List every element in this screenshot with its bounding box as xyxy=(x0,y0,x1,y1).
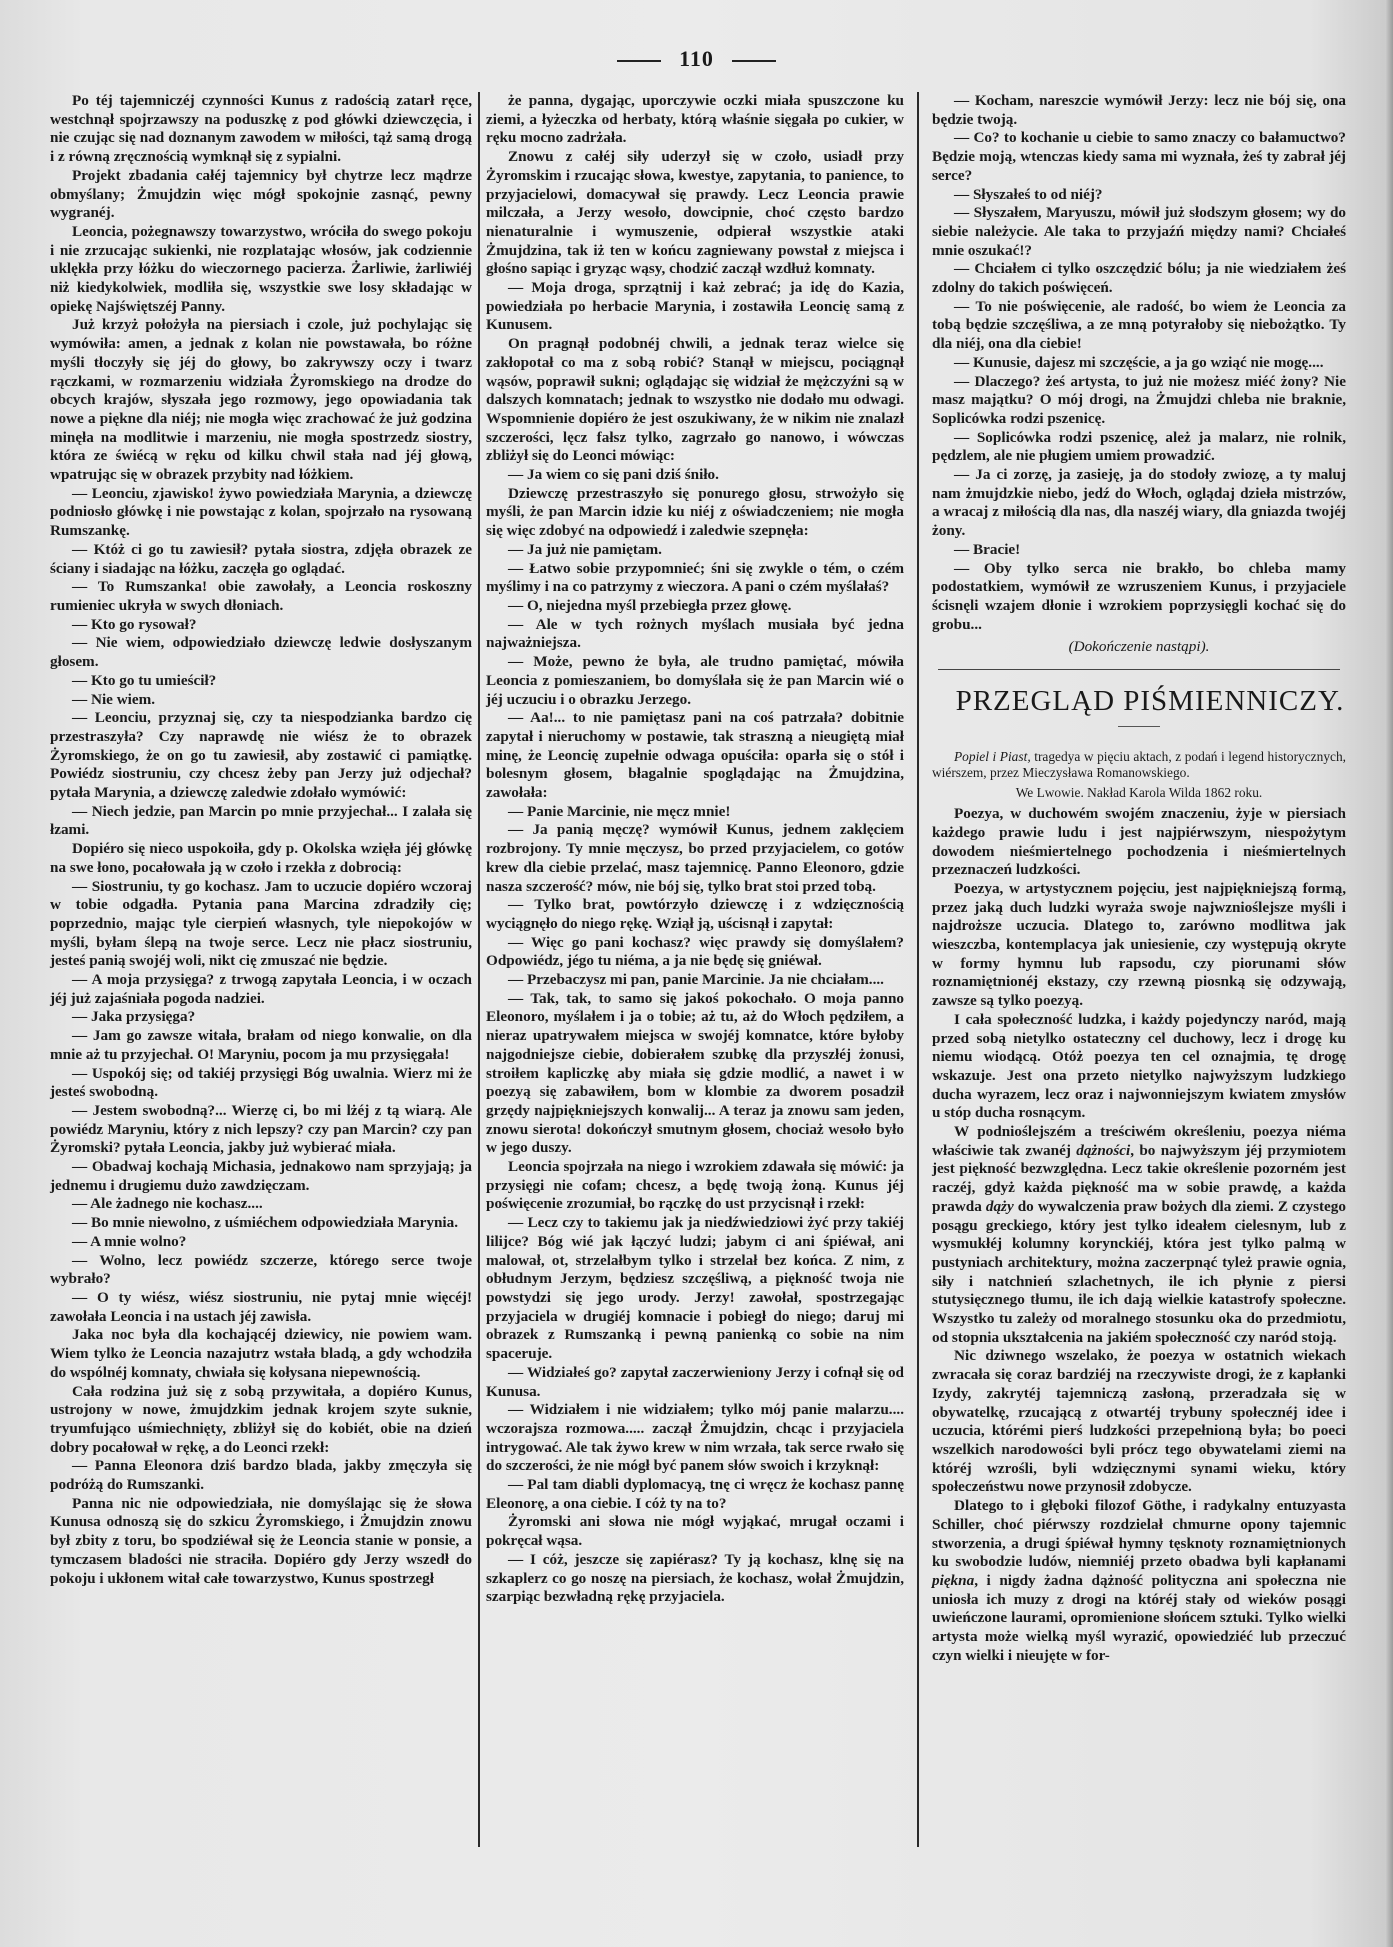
paragraph: — Oby tylko serca nie brakło, bo chleba … xyxy=(932,560,1346,635)
book-citation: Popiel i Piast, tragedya w pięciu aktach… xyxy=(932,749,1346,781)
paragraph: — Tylko brat, powtórzyło dziewczę i z wd… xyxy=(486,896,904,933)
review-paragraph: W podnioślejszém a treściwém określeniu,… xyxy=(932,1123,1346,1347)
paragraph: — Panna Eleonora dziś bardzo blada, jakb… xyxy=(50,1457,472,1494)
story-continuation: — Kocham, nareszcie wymówił Jerzy: lecz … xyxy=(932,92,1346,634)
review-body: Poezya, w duchowém swojém znaczeniu, żyj… xyxy=(932,805,1346,1665)
paragraph: — Słyszałem, Maryuszu, mówił już słodszy… xyxy=(932,204,1346,260)
paragraph: Po téj tajemniczéj czynności Kunus z rad… xyxy=(50,92,472,167)
paragraph: — Może, pewno że była, ale trudno pamięt… xyxy=(486,653,904,709)
book-title: Popiel i Piast, xyxy=(954,749,1031,764)
paragraph: — Łatwo sobie przypomnieć; śni się zwykl… xyxy=(486,560,904,597)
paragraph: Dopiéro się nieco uspokoiła, gdy p. Okol… xyxy=(50,840,472,877)
column-rule-left xyxy=(478,92,480,1847)
paragraph: że panna, dygając, uporczywie oczki miał… xyxy=(486,92,904,148)
section-title-review: PRZEGLĄD PIŚMIENNICZY. xyxy=(932,684,1346,718)
paragraph: — Nie wiem. xyxy=(50,691,472,710)
dash-right xyxy=(732,60,776,62)
dash-left xyxy=(617,60,661,62)
paragraph: Projekt zbadania całéj tajemnicy był chy… xyxy=(50,167,472,223)
paragraph: — Pal tam diabli dyplomacyą, tnę ci wręc… xyxy=(486,1476,904,1513)
emphasis: dążności xyxy=(1076,1142,1130,1159)
paragraph: — Soplicówka rodzi pszenicę, ależ ja mal… xyxy=(932,429,1346,466)
paragraph: — Słyszałeś to od niéj? xyxy=(932,186,1346,205)
page-number: 110 xyxy=(0,46,1393,72)
paragraph: — Nie wiem, odpowiedziało dziewczę ledwi… xyxy=(50,634,472,671)
paragraph: — Ale w tych rożnych myślach musiała być… xyxy=(486,616,904,653)
paragraph: — Widziałem i nie widziałem; tylko mój p… xyxy=(486,1401,904,1476)
paragraph: — Kto go rysował? xyxy=(50,616,472,635)
paragraph: Leoncia spojrzała na niego i wzrokiem zd… xyxy=(486,1158,904,1214)
paragraph: — Bracie! xyxy=(932,541,1346,560)
paragraph: — O ty wiész, wiész siostruniu, nie pyta… xyxy=(50,1289,472,1326)
column-middle-story: że panna, dygając, uporczywie oczki miał… xyxy=(486,92,904,1607)
paragraph: — To Rumszanka! obie zawołały, a Leoncia… xyxy=(50,578,472,615)
column-left-story: Po téj tajemniczéj czynności Kunus z rad… xyxy=(50,92,472,1588)
paragraph: Leoncia, pożegnawszy towarzystwo, wrócił… xyxy=(50,223,472,317)
page-edge-shadow xyxy=(1385,0,1393,1947)
paragraph: — To nie poświęcenie, ale radość, bo wie… xyxy=(932,298,1346,354)
paragraph: Jaka noc była dla kochającéj dziewicy, n… xyxy=(50,1326,472,1382)
paragraph: — Jestem swobodną?... Wierzę ci, bo mi l… xyxy=(50,1102,472,1158)
paragraph: — Ale żadnego nie kochasz.... xyxy=(50,1195,472,1214)
column-rule-right xyxy=(917,92,919,1847)
paragraph: — Siostruniu, ty go kochasz. Jam to uczu… xyxy=(50,878,472,972)
paragraph: — Kto go tu umieścił? xyxy=(50,672,472,691)
paragraph: — A moja przysięga? z trwogą zapytała Le… xyxy=(50,971,472,1008)
paragraph: — Widziałeś go? zapytał zaczerwieniony J… xyxy=(486,1364,904,1401)
review-paragraph: Nic dziwnego wszelako, że poezya w ostat… xyxy=(932,1347,1346,1497)
text-run: do wywalczenia praw bożych dla ziemi. Z … xyxy=(932,1198,1346,1346)
paragraph: — Ja panią męczę? wymówił Kunus, jednem … xyxy=(486,821,904,896)
paragraph: — Dlaczego? żeś artysta, to już nie może… xyxy=(932,373,1346,429)
paragraph: — Jaka przysięga? xyxy=(50,1008,472,1027)
paragraph: — Ja już nie pamiętam. xyxy=(486,541,904,560)
paragraph: — Przebaczysz mi pan, panie Marcinie. Ja… xyxy=(486,971,904,990)
paragraph: Już krzyż położyła na piersiach i czole,… xyxy=(50,316,472,484)
review-paragraph: I cała społeczność ludzka, i każdy pojed… xyxy=(932,1011,1346,1123)
paragraph: On pragnął podobnéj chwili, a jednak ter… xyxy=(486,335,904,466)
text-run: , i nigdy żadna dążność polityczna ani s… xyxy=(932,1572,1346,1664)
paragraph: — Ja wiem co się pani dziś śniło. xyxy=(486,466,904,485)
paragraph: — I cóż, jeszcze się zapiérasz? Ty ją ko… xyxy=(486,1551,904,1607)
paragraph: — Więc go pani kochasz? więc prawdy się … xyxy=(486,934,904,971)
section-separator xyxy=(938,669,1340,670)
paragraph: Dziewczę przestraszyło się ponurego głos… xyxy=(486,485,904,541)
paragraph: — Leonciu, zjawisko! żywo powiedziała Ma… xyxy=(50,485,472,541)
paragraph: — Niech jedzie, pan Marcin po mnie przyj… xyxy=(50,803,472,840)
paragraph: — Któż ci go tu zawiesił? pytała siostra… xyxy=(50,541,472,578)
paragraph: — Kocham, nareszcie wymówił Jerzy: lecz … xyxy=(932,92,1346,129)
paragraph: Żyromski ani słowa nie mógł wyjąkać, mru… xyxy=(486,1513,904,1550)
paragraph: — Obadwaj kochają Michasia, jednakowo na… xyxy=(50,1158,472,1195)
paragraph: — Panie Marcinie, nie męcz mnie! xyxy=(486,803,904,822)
paragraph: — Kunusie, dajesz mi szczęście, a ja go … xyxy=(932,354,1346,373)
paragraph: Cała rodzina już się z sobą przywitała, … xyxy=(50,1383,472,1458)
review-paragraph: Dlatego to i głęboki filozof Göthe, i ra… xyxy=(932,1497,1346,1665)
paragraph: — Ja ci zorzę, ja zasieję, ja do stodoły… xyxy=(932,466,1346,541)
paragraph: — O, niejedna myśl przebiegła przez głow… xyxy=(486,597,904,616)
paragraph: — A mnie wolno? xyxy=(50,1233,472,1252)
page-number-value: 110 xyxy=(679,46,714,71)
book-imprint: We Lwowie. Nakład Karola Wilda 1862 roku… xyxy=(932,785,1346,801)
review-paragraph: Poezya, w duchowém swojém znaczeniu, żyj… xyxy=(932,805,1346,880)
emphasis: piękna xyxy=(932,1572,974,1589)
review-paragraph: Poezya, w artystycznem pojęciu, jest naj… xyxy=(932,880,1346,1011)
paragraph: — Chciałem ci tylko oszczędzić bólu; ja … xyxy=(932,260,1346,297)
newspaper-page: 110 Po téj tajemniczéj czynności Kunus z… xyxy=(0,0,1393,1947)
paragraph: — Lecz czy to takiemu jak ja niedźwiedzi… xyxy=(486,1214,904,1364)
paragraph: Znowu z całéj siły uderzył się w czoło, … xyxy=(486,148,904,279)
paragraph: — Leonciu, przyznaj się, czy ta niespodz… xyxy=(50,709,472,803)
paragraph: — Bo mnie niewolno, z uśmiéchem odpowied… xyxy=(50,1214,472,1233)
paragraph: — Wolno, lecz powiédz szczerze, którego … xyxy=(50,1252,472,1289)
paragraph: Panna nic nie odpowiedziała, nie domyśla… xyxy=(50,1495,472,1589)
text-run: Dlatego to i głęboki filozof Göthe, i ra… xyxy=(932,1497,1346,1570)
title-underline xyxy=(1118,726,1160,727)
paragraph: — Aa!... to nie pamiętasz pani na coś pa… xyxy=(486,709,904,803)
paragraph: — Co? to kochanie u ciebie to samo znacz… xyxy=(932,129,1346,185)
paragraph: — Tak, tak, to samo się jakoś pokochało.… xyxy=(486,990,904,1158)
paragraph: — Jam go zawsze witała, brałam od niego … xyxy=(50,1027,472,1064)
column-right: — Kocham, nareszcie wymówił Jerzy: lecz … xyxy=(932,92,1346,1665)
to-be-continued: (Dokończenie nastąpi). xyxy=(932,638,1346,657)
paragraph: — Moja droga, sprzątnij i każ zebrać; ja… xyxy=(486,279,904,335)
paragraph: — Uspokój się; od takiéj przysięgi Bóg u… xyxy=(50,1065,472,1102)
emphasis: dąży xyxy=(986,1198,1014,1215)
